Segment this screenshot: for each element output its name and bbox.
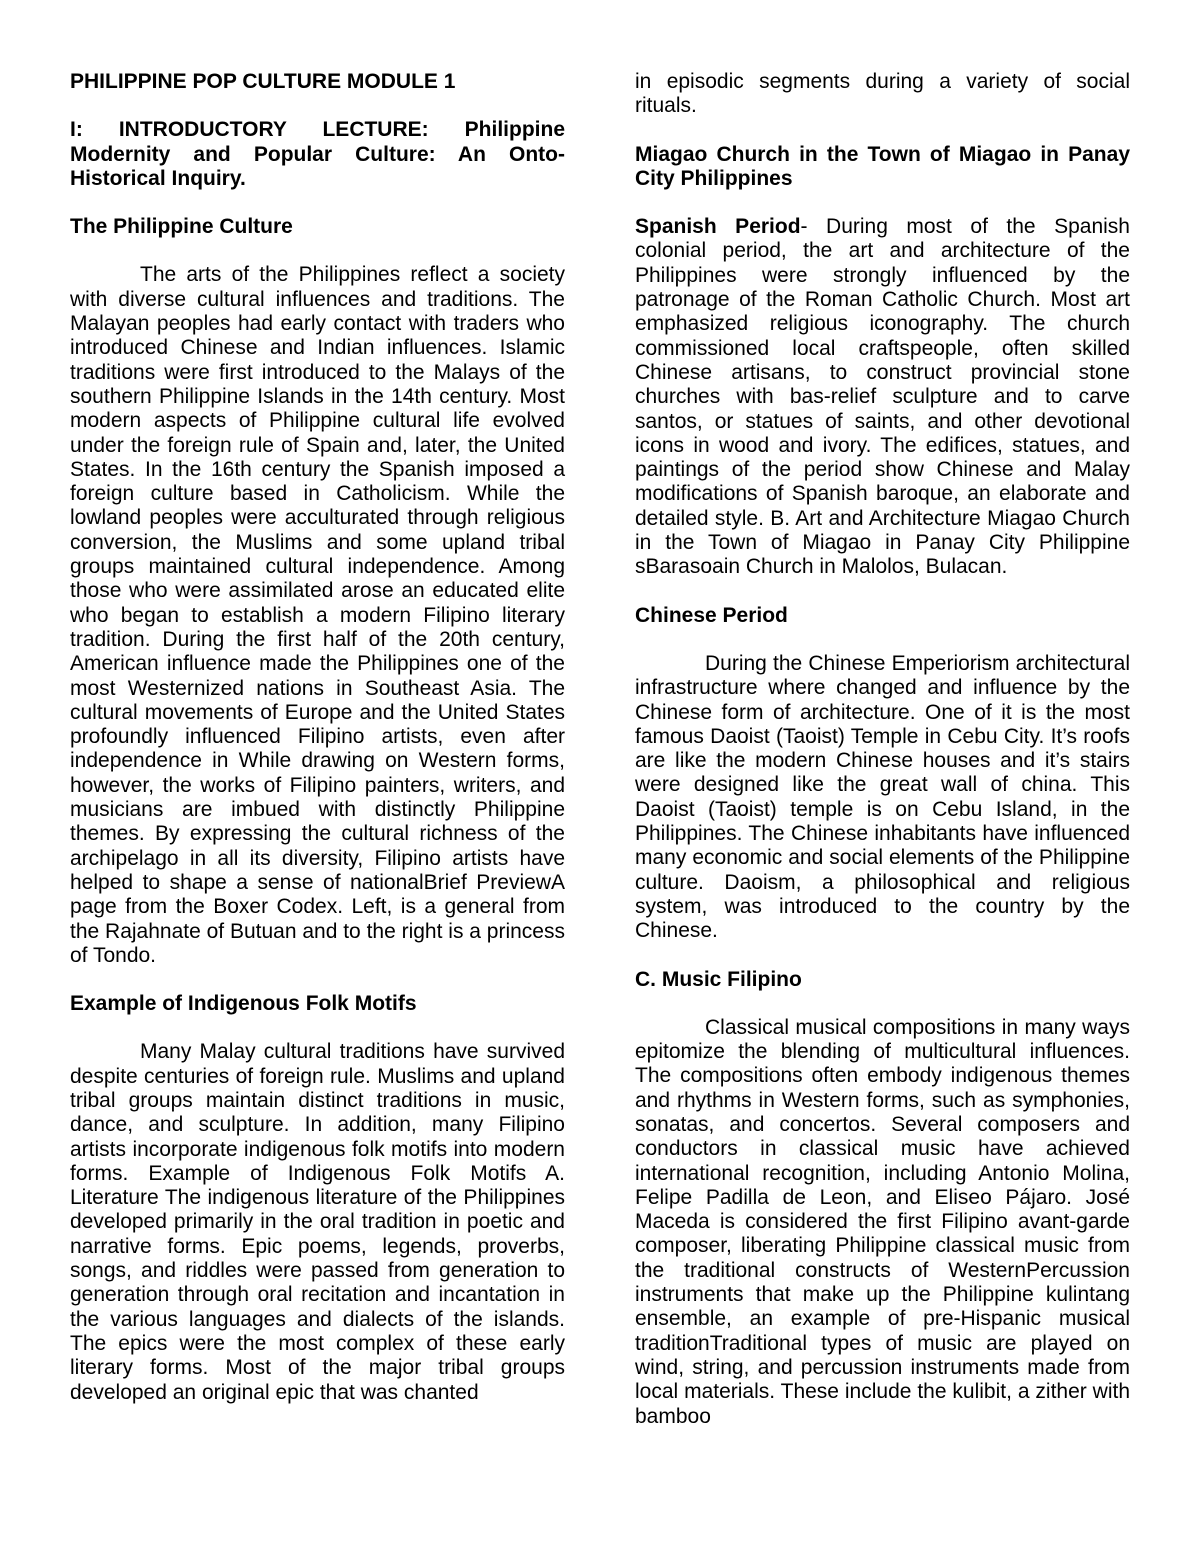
spanish-period-paragraph: Spanish Period- During most of the Spani…	[635, 215, 1130, 579]
indigenous-folk-motifs-paragraph: Many Malay cultural traditions have surv…	[70, 1040, 565, 1404]
philippine-culture-paragraph: The arts of the Philippines reflect a so…	[70, 263, 565, 968]
chinese-period-paragraph: During the Chinese Emperiorism architect…	[635, 652, 1130, 944]
music-filipino-paragraph: Classical musical compositions in many w…	[635, 1016, 1130, 1429]
indigenous-folk-motifs-heading: Example of Indigenous Folk Motifs	[70, 992, 565, 1016]
continuation-paragraph: in episodic segments during a variety of…	[635, 70, 1130, 119]
miagao-church-heading: Miagao Church in the Town of Miagao in P…	[635, 143, 1130, 192]
left-column: PHILIPPINE POP CULTURE MODULE 1 I: INTRO…	[70, 70, 565, 1513]
document-page: PHILIPPINE POP CULTURE MODULE 1 I: INTRO…	[0, 0, 1200, 1553]
introductory-lecture-heading: I: INTRODUCTORY LECTURE: Philippine Mode…	[70, 118, 565, 191]
philippine-culture-heading: The Philippine Culture	[70, 215, 565, 239]
right-column: in episodic segments during a variety of…	[635, 70, 1130, 1513]
chinese-period-heading: Chinese Period	[635, 604, 1130, 628]
spanish-period-lead: Spanish Period	[635, 215, 801, 238]
spanish-period-text: - During most of the Spanish colonial pe…	[635, 215, 1130, 578]
music-filipino-heading: C. Music Filipino	[635, 968, 1130, 992]
document-title: PHILIPPINE POP CULTURE MODULE 1	[70, 70, 565, 94]
